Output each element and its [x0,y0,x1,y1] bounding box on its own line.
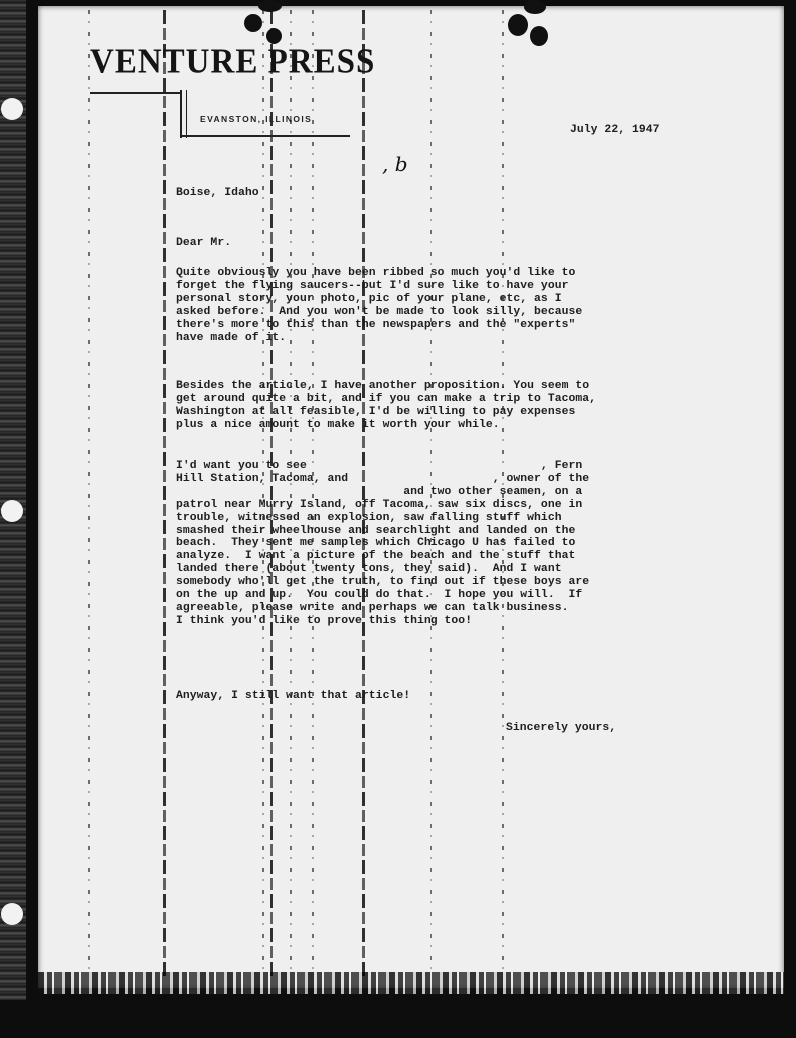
body-line: Anyway, I still want that article! [176,690,410,703]
letterhead-rule [90,92,182,94]
salutation: Dear Mr. [176,237,231,250]
handwritten-note: , b [382,152,408,176]
body-line: Washington at all feasible, I'd be willi… [176,406,596,419]
body-line: on the up and up. You could do that. I h… [176,589,589,602]
body-line: get around quite a bit, and if you can m… [176,393,596,406]
body-line: agreeable, please write and perhaps we c… [176,602,589,615]
letterhead-rule [180,90,187,138]
body-line: Hill Station, Tacoma, and , owner of the [176,473,589,486]
ink-blot [266,28,282,44]
body-line: I'd want you to see , Fern [176,460,589,473]
ink-blot [530,26,548,46]
letterhead-company: VENTURE PRESS [90,43,375,82]
body-line: I think you'd like to prove this thing t… [176,615,589,628]
body-line: and two other seamen, on a [176,486,589,499]
body-line: forget the flying saucers--but I'd sure … [176,280,582,293]
body-line: patrol near Murry Island, off Tacoma, sa… [176,499,589,512]
body-line: landed there (about twenty tons, they sa… [176,563,589,576]
body-line: trouble, witnessed an explosion, saw fal… [176,512,589,525]
punch-hole [1,98,23,120]
letterhead-city: EVANSTON, ILLINOIS [200,114,312,124]
scan-bottom-edge [38,972,784,994]
body-paragraph: Anyway, I still want that article! [176,690,410,703]
body-paragraph: Quite obviously you have been ribbed so … [176,267,582,344]
body-line: smashed their wheelhouse and searchlight… [176,525,589,538]
ink-blot [258,0,282,12]
ink-blot [524,0,546,14]
body-line: plus a nice amount to make it worth your… [176,419,596,432]
body-line: Quite obviously you have been ribbed so … [176,267,582,280]
letterhead-rule [182,135,350,137]
body-line: beach. They sent me samples which Chicag… [176,537,589,550]
scan-streak [163,10,166,978]
ink-blot [508,14,528,36]
body-line: analyze. I want a picture of the beach a… [176,550,589,563]
body-line: there's more to this than the newspapers… [176,319,582,332]
body-line: have made of it. [176,332,582,345]
punch-hole [1,500,23,522]
body-line: asked before. And you won't be made to l… [176,306,582,319]
body-paragraph: I'd want you to see , FernHill Station, … [176,460,589,628]
body-line: personal story, your photo, pic of your … [176,293,582,306]
recipient-address: Boise, Idaho [176,187,259,200]
letter-date: July 22, 1947 [570,124,660,137]
body-line: somebody who'll get the truth, to find o… [176,576,589,589]
ink-blot [244,14,262,32]
body-line: Besides the article, I have another prop… [176,380,596,393]
scan-streak [88,10,90,978]
body-paragraph: Besides the article, I have another prop… [176,380,596,432]
closing: Sincerely yours, [506,722,616,735]
punch-hole [1,903,23,925]
